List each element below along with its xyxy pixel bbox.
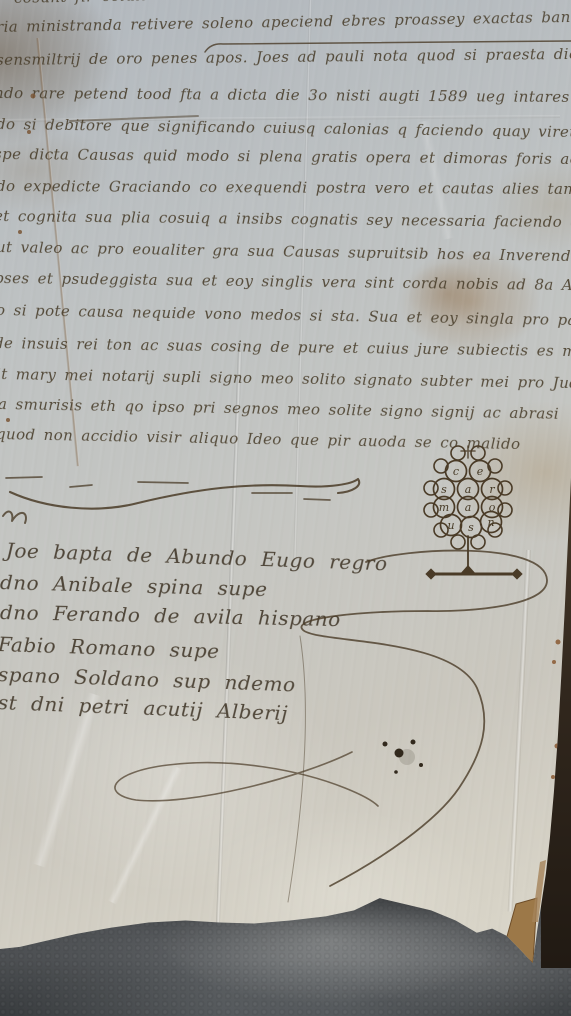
seal-letter: a [465, 501, 472, 514]
seal-letter: n [487, 516, 494, 529]
seal-letter: a [465, 483, 472, 496]
seal-letter: s [441, 483, 447, 496]
strike-through [70, 116, 198, 121]
pen-mark [3, 512, 26, 523]
ink-decorations: c e s a r m a o u s n [0, 0, 571, 1016]
rust-spots [6, 94, 562, 875]
parchment-sheet: cosunt fir coluit en ni vado et moges vo… [0, 0, 571, 1016]
photograph: cosunt fir coluit en ni vado et moges vo… [0, 0, 571, 1016]
ruled-line [205, 41, 571, 52]
ink-blots [383, 740, 424, 774]
seal-letter: s [468, 521, 474, 534]
seal-letter: e [477, 465, 484, 478]
seal-letter: c [453, 465, 459, 478]
seal-letter: o [489, 501, 496, 514]
seal-letter: r [489, 483, 495, 496]
underline-flourish [3, 477, 359, 523]
seal-letter: u [447, 519, 454, 532]
notary-mark-base [425, 536, 522, 580]
notary-mark: c e s a r m a o u s n [424, 446, 523, 580]
signature-flourish [115, 551, 547, 902]
seal-letter: m [439, 501, 449, 514]
